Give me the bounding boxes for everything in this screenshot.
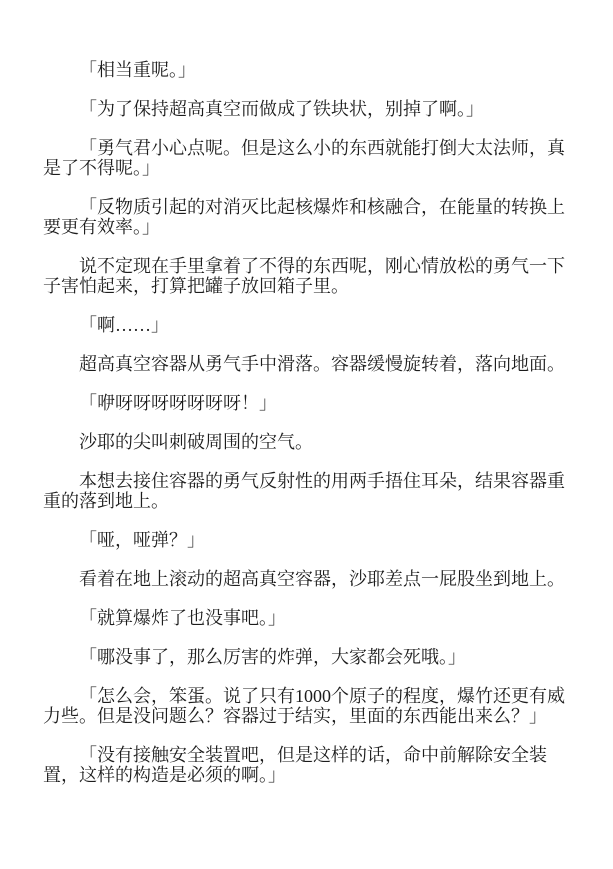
paragraph-dialogue: 「怎么会，笨蛋。说了只有1000个原子的程度，爆竹还更有威力些。但是没问题么？容… xyxy=(43,686,571,726)
paragraph-narration: 看着在地上滚动的超高真空容器，沙耶差点一屁股坐到地上。 xyxy=(43,569,571,589)
paragraph-dialogue: 「哑，哑弹？」 xyxy=(43,530,571,550)
paragraph-dialogue: 「就算爆炸了也没事吧。」 xyxy=(43,608,571,628)
paragraph-narration: 超高真空容器从勇气手中滑落。容器缓慢旋转着，落向地面。 xyxy=(43,354,571,374)
paragraph-dialogue: 「啊……」 xyxy=(43,315,571,335)
paragraph-dialogue: 「勇气君小心点呢。但是这么小的东西就能打倒大太法师，真是了不得呢。」 xyxy=(43,138,571,178)
paragraph-narration: 沙耶的尖叫刺破周围的空气。 xyxy=(43,432,571,452)
paragraph-dialogue: 「咿呀呀呀呀呀呀呀！」 xyxy=(43,393,571,413)
document-body: { "doc": { "type": "novel-text-page", "l… xyxy=(0,0,613,869)
paragraph-dialogue: 「哪没事了，那么厉害的炸弹，大家都会死哦。」 xyxy=(43,647,571,667)
paragraph-narration: 本想去接住容器的勇气反射性的用两手捂住耳朵，结果容器重重的落到地上。 xyxy=(43,471,571,511)
novel-page: 「相当重呢。」 「为了保持超高真空而做成了铁块状，别掉了啊。」 「勇气君小心点呢… xyxy=(0,0,613,869)
paragraph-dialogue: 「没有接触安全装置吧，但是这样的话，命中前解除安全装置，这样的构造是必须的啊。」 xyxy=(43,745,571,785)
paragraph-narration: 说不定现在手里拿着了不得的东西呢，刚心情放松的勇气一下子害怕起来，打算把罐子放回… xyxy=(43,256,571,296)
paragraph-dialogue: 「为了保持超高真空而做成了铁块状，别掉了啊。」 xyxy=(43,99,571,119)
paragraph-dialogue: 「反物质引起的对消灭比起核爆炸和核融合，在能量的转换上要更有效率。」 xyxy=(43,197,571,237)
paragraph-dialogue: 「相当重呢。」 xyxy=(43,60,571,80)
